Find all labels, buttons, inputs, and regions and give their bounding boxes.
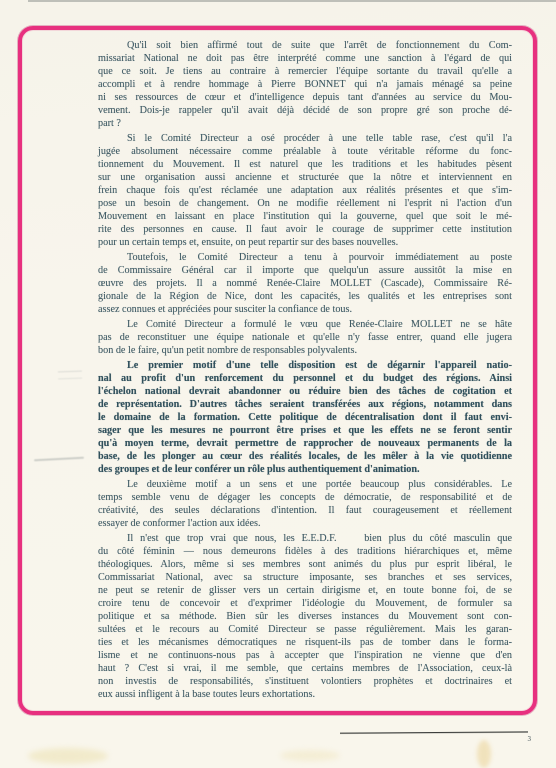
text-line: qu'à moyen terme, devrait permettre de r… xyxy=(98,437,512,450)
footer-rule xyxy=(340,731,528,733)
text-line: le domaine de la formation. Cette politi… xyxy=(98,411,512,424)
scan-edge-artifact xyxy=(28,0,556,2)
text-line: lisme et ne continuons-nous pas à accept… xyxy=(98,649,512,662)
text-line: sultées et le recours au Comité Directeu… xyxy=(98,623,512,636)
text-line: sur une organisation aussi ancienne et s… xyxy=(98,171,512,184)
text-line: créativité, des seules déclarations d'in… xyxy=(98,504,512,517)
text-line: de Commissaire Général car il importe qu… xyxy=(98,264,512,277)
text-line: Le Comité Directeur a formulé le vœu que… xyxy=(98,318,512,331)
text-line: vement. Dois-je rappeler qu'il avait déj… xyxy=(98,104,512,117)
text-line: temps semble venu de dégager les concept… xyxy=(98,491,512,504)
text-line: Qu'il soit bien affirmé tout de suite qu… xyxy=(98,39,512,52)
text-line: non investis de responsabilités, s'insti… xyxy=(98,675,512,688)
text-line: ne peut se retenir de glisser vers un ce… xyxy=(98,584,512,597)
text-line: des groupes et de leur conférer un rôle … xyxy=(98,463,512,476)
paragraph: Le Comité Directeur a formulé le vœu que… xyxy=(98,318,512,357)
text-line: Commissariat National, avec sa structure… xyxy=(98,571,512,584)
text-line: pour un certain temps et, ensuite, on pe… xyxy=(98,236,512,249)
scanned-page: Qu'il soit bien affirmé tout de suite qu… xyxy=(0,0,556,768)
text-line: sager que les mesures ne pourront être p… xyxy=(98,424,512,437)
text-line: que ce soit. Je tiens au contraire à rem… xyxy=(98,65,512,78)
page-number: 3 xyxy=(521,735,531,743)
text-line: du côté féminin — nous demeurons fidèles… xyxy=(98,545,512,558)
stain-artifact xyxy=(477,740,491,768)
paragraph: Toutefois, le Comité Directeur a tenu à … xyxy=(98,251,512,316)
text-line: l'échelon national devrait abandonner ou… xyxy=(98,385,512,398)
text-line: nal au profit d'un renforcement du perso… xyxy=(98,372,512,385)
text-line: missariat National ne doit pas être inte… xyxy=(98,52,512,65)
text-line: haut ? C'est si vrai, il me semble, que … xyxy=(98,662,512,675)
text-line: Il n'est que trop vrai que nous, les E.E… xyxy=(98,532,512,545)
text-line: de représentation. D'autres tâches serai… xyxy=(98,398,512,411)
stain-artifact xyxy=(28,748,108,764)
text-line: théologiques. Alors, même si ses membres… xyxy=(98,558,512,571)
text-line: Le deuxième motif a un sens et une porté… xyxy=(98,478,512,491)
text-line: Le premier motif d'une telle disposition… xyxy=(98,359,512,372)
text-line: ni ses ressources de cœur et d'intellige… xyxy=(98,91,512,104)
text-block: Qu'il soit bien affirmé tout de suite qu… xyxy=(98,39,512,703)
text-line: bon de le faire, qu'un petit nombre de r… xyxy=(98,344,512,357)
text-line: pose un besoin de changement. On ne modi… xyxy=(98,197,512,210)
text-line: eux aussi infligent à la base toutes leu… xyxy=(98,688,512,701)
text-line: accompli et à rendre hommage à Pierre BO… xyxy=(98,78,512,91)
paragraph: Le deuxième motif a un sens et une porté… xyxy=(98,478,512,530)
text-line: Si le Comité Directeur a osé procéder à … xyxy=(98,132,512,145)
text-line: part ? xyxy=(98,117,512,130)
text-line: frein chaque fois qu'est réclamée une ad… xyxy=(98,184,512,197)
text-line: essayer de conformer l'action aux idées. xyxy=(98,517,512,530)
text-line: Toutefois, le Comité Directeur a tenu à … xyxy=(98,251,512,264)
text-line: tionnement du Mouvement. Il est naturel … xyxy=(98,158,512,171)
text-line: gionale de la Région de Nice, dont les c… xyxy=(98,290,512,303)
paragraph: Si le Comité Directeur a osé procéder à … xyxy=(98,132,512,249)
text-line: rite des personnes en cause. Il faut avo… xyxy=(98,223,512,236)
text-line: ties et les mécanismes démocratiques ne … xyxy=(98,636,512,649)
paragraph: Le premier motif d'une telle disposition… xyxy=(98,359,512,476)
paragraph: Qu'il soit bien affirmé tout de suite qu… xyxy=(98,39,512,130)
text-line: assez connues et appréciées pour suscite… xyxy=(98,303,512,316)
text-line: politique et sa méthode. Bien sûr les di… xyxy=(98,610,512,623)
paragraph: Il n'est que trop vrai que nous, les E.E… xyxy=(98,532,512,701)
text-line: base, de les plonger au cœur des réalité… xyxy=(98,450,512,463)
pencil-mark-artifact xyxy=(58,371,82,380)
text-line: jugée absolument nécessaire comme préala… xyxy=(98,145,512,158)
stain-artifact xyxy=(280,750,340,761)
text-line: œuvre des projets. Il a nommé Renée-Clai… xyxy=(98,277,512,290)
text-line: Mouvement en laissant en place l'institu… xyxy=(98,210,512,223)
text-line: croire tenu de concevoir et d'exprimer l… xyxy=(98,597,512,610)
text-line: pas de reconstituer une équipe nationale… xyxy=(98,331,512,344)
